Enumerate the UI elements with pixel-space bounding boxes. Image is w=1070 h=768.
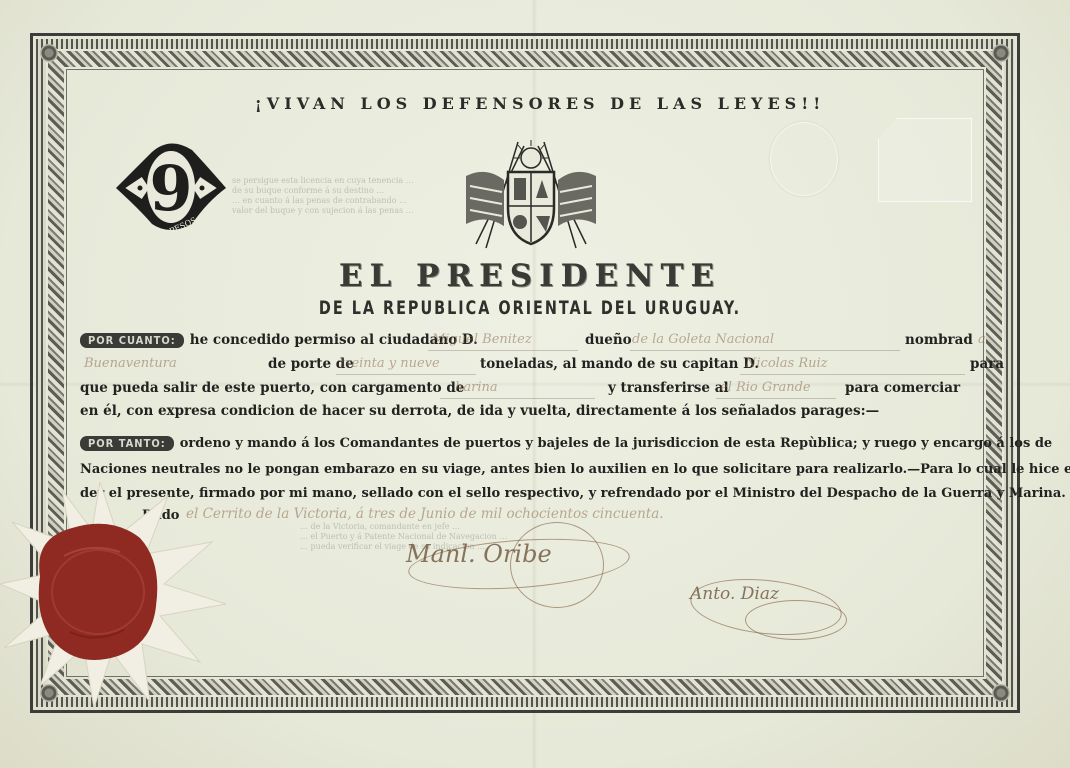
paragraph1-named-text: nombrad: [905, 332, 973, 348]
handwritten-citizen-name: Miguel Benitez: [432, 332, 532, 347]
paragraph2-line1: POR TANTO:ordeno y mando á los Comandant…: [80, 436, 1052, 451]
embossed-seal-mark: [770, 122, 838, 196]
paragraph1-line1: POR CUANTO:he concedido permiso al ciuda…: [80, 332, 478, 348]
headline-motto: ¡VIVAN LOS DEFENSORES DE LAS LEYES!!: [200, 94, 880, 113]
faded-bleedthrough-text: se persigue esta licencia en cuya tenenc…: [232, 176, 442, 216]
fill-line: [630, 350, 900, 351]
handwritten-vessel-name: Buenaventura: [84, 356, 177, 371]
paragraph1-transfer-text: y transferirse al: [608, 380, 729, 396]
handwritten-captain: Nicolas Ruiz: [745, 356, 828, 371]
wax-seal-icon: [0, 472, 230, 712]
fill-line: [336, 374, 476, 375]
handwritten-cargo: harina: [455, 380, 498, 395]
corner-ornament-icon: [992, 44, 1010, 62]
handwritten-vessel: de la Goleta Nacional: [632, 332, 774, 347]
fill-line: [740, 374, 965, 375]
uruguay-coat-of-arms-icon: [456, 136, 606, 254]
fill-line: [428, 350, 578, 351]
corner-ornament-icon: [992, 684, 1010, 702]
handwritten-date-line: el Cerrito de la Victoria, á tres de Jun…: [186, 506, 664, 522]
por-cuanto-label: POR CUANTO:: [80, 333, 184, 348]
svg-text:9: 9: [149, 152, 192, 225]
paragraph1-line3: que pueda salir de este puerto, con carg…: [80, 380, 464, 396]
handwritten-destination: el Rio Grande: [720, 380, 811, 395]
minister-signature: Anto. Diaz: [690, 584, 779, 604]
tax-stamp-icon: 9 PESOS: [112, 132, 230, 238]
corner-ornament-icon: [40, 44, 58, 62]
president-signature: Manl. Oribe: [406, 540, 552, 568]
embossed-stamp-mark: [878, 118, 972, 202]
paragraph1-owner-text: dueño: [585, 332, 632, 348]
paragraph1-line4: en él, con expresa condicion de hacer su…: [80, 403, 879, 419]
por-tanto-label: POR TANTO:: [80, 436, 174, 451]
fill-line: [716, 398, 836, 399]
document-title: EL PRESIDENTE: [300, 258, 760, 294]
document-subtitle: DE LA REPUBLICA ORIENTAL DEL URUGUAY.: [260, 297, 800, 319]
fill-line: [440, 398, 595, 399]
handwritten-suffix: a: [978, 332, 986, 347]
signature-flourish: [745, 600, 847, 640]
paragraph1-trade-text: para comerciar: [845, 380, 960, 396]
paragraph1-for-text: para: [970, 356, 1004, 372]
handwritten-tonnage: treinta y nueve: [340, 356, 440, 371]
paragraph1-captain-text: toneladas, al mando de su capitan D.: [480, 356, 759, 372]
